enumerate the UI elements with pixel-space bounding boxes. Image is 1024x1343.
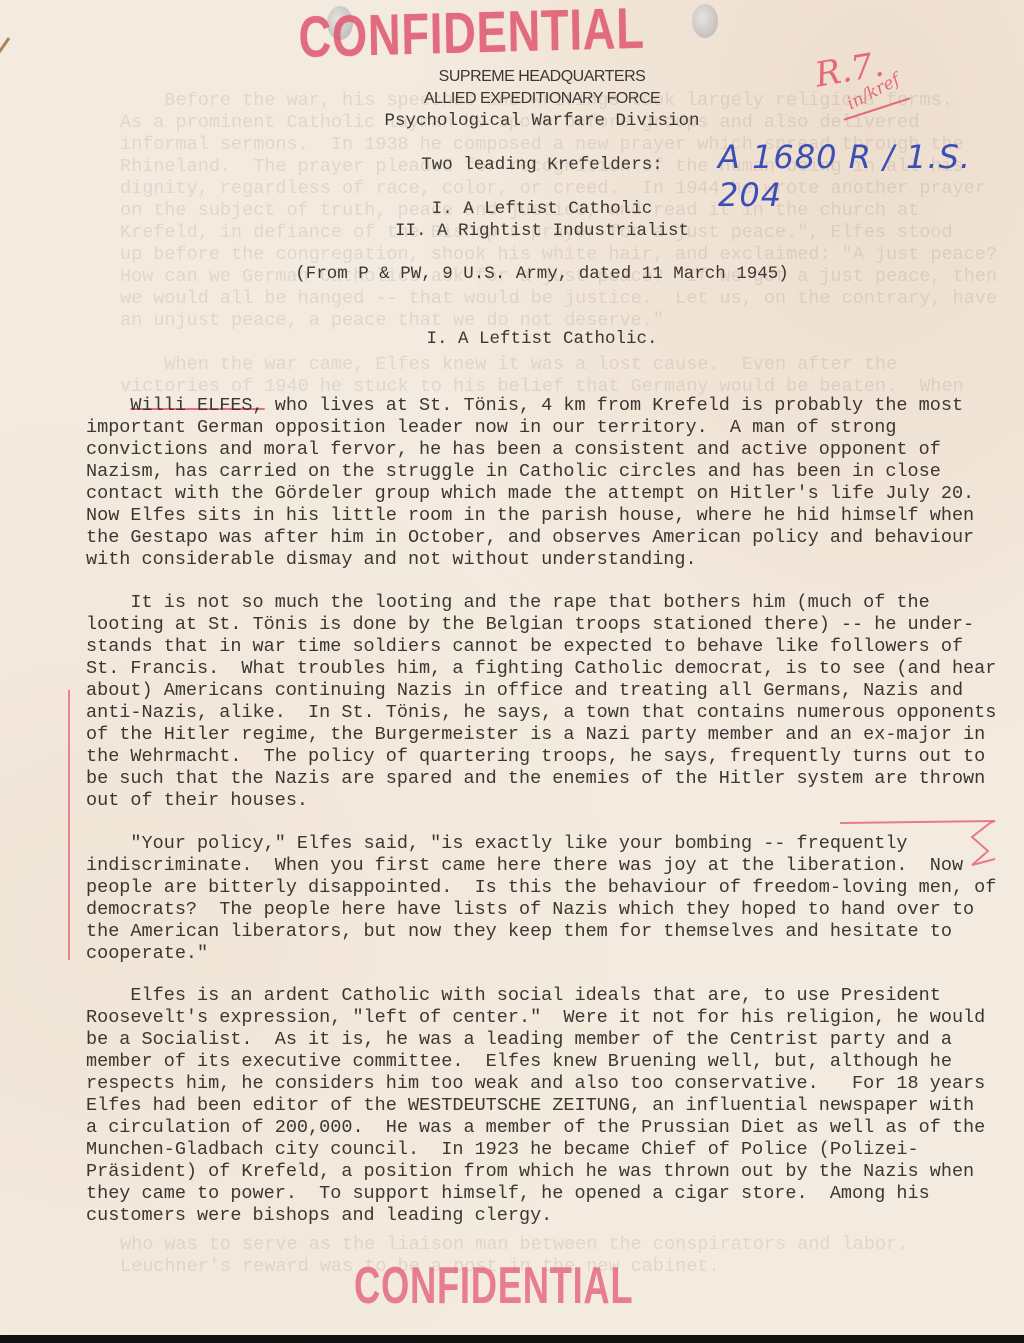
text-line: stands that in war time soldiers cannot … bbox=[86, 636, 986, 658]
section-heading: I. A Leftist Catholic. bbox=[0, 328, 1024, 350]
text-line: "Your policy," Elfes said, "is exactly l… bbox=[86, 833, 986, 855]
text-line: cooperate." bbox=[86, 943, 986, 965]
confidential-stamp-top: CONFIDENTIAL bbox=[298, 0, 645, 71]
text-line: member of its executive committee. Elfes… bbox=[86, 1051, 986, 1073]
text-line: about) Americans continuing Nazis in off… bbox=[86, 680, 986, 702]
toc-item-1: I. A Leftist Catholic bbox=[0, 198, 1024, 220]
text-line: respects him, he considers him too weak … bbox=[86, 1073, 986, 1095]
text-line: out of their houses. bbox=[86, 790, 986, 812]
text-line: they came to power. To support himself, … bbox=[86, 1183, 986, 1205]
paragraph-1: Willi ELFES, who lives at St. Tönis, 4 k… bbox=[86, 395, 986, 571]
text-line: Elfes had been editor of the WESTDEUTSCH… bbox=[86, 1095, 986, 1117]
text-line: Elfes is an ardent Catholic with social … bbox=[86, 985, 986, 1007]
paragraph-2: It is not so much the looting and the ra… bbox=[86, 592, 986, 812]
text-line: St. Francis. What troubles him, a fighti… bbox=[86, 658, 986, 680]
text-line: Roosevelt's expression, "left of center.… bbox=[86, 1007, 986, 1029]
text-line: people are bitterly disappointed. Is thi… bbox=[86, 877, 986, 899]
text-line: democrats? The people here have lists of… bbox=[86, 899, 986, 921]
text-line: Munchen-Gladbach city council. In 1923 h… bbox=[86, 1139, 986, 1161]
text-line: of the Hitler regime, the Burgermeister … bbox=[86, 724, 986, 746]
text-line: anti-Nazis, alike. In St. Tönis, he says… bbox=[86, 702, 986, 724]
division-name: Psychological Warfare Division bbox=[0, 110, 1024, 132]
text-line: the American liberators, but now they ke… bbox=[86, 921, 986, 943]
text-line: indiscriminate. When you first came here… bbox=[86, 855, 986, 877]
text-line: important German opposition leader now i… bbox=[86, 417, 986, 439]
document-title: Two leading Krefelders: bbox=[0, 154, 1024, 176]
text-line: looting at St. Tönis is done by the Belg… bbox=[86, 614, 986, 636]
text-line: the Gestapo was after him in October, an… bbox=[86, 527, 986, 549]
org-line-2: ALLIED EXPEDITIONARY FORCE bbox=[0, 88, 1024, 110]
text-line: Willi ELFES, who lives at St. Tönis, 4 k… bbox=[86, 395, 986, 417]
punch-hole-right bbox=[692, 4, 718, 38]
margin-mark-line bbox=[68, 690, 70, 960]
paragraph-3: "Your policy," Elfes said, "is exactly l… bbox=[86, 833, 986, 965]
text-line: a circulation of 200,000. He was a membe… bbox=[86, 1117, 986, 1139]
org-line-1: SUPREME HEADQUARTERS bbox=[0, 66, 1024, 88]
confidential-stamp-bottom: CONFIDENTIAL bbox=[354, 1256, 633, 1316]
toc-item-2: II. A Rightist Industrialist bbox=[0, 220, 1024, 242]
text-line: It is not so much the looting and the ra… bbox=[86, 592, 986, 614]
text-line: contact with the Gördeler group which ma… bbox=[86, 483, 986, 505]
scan-bottom-edge bbox=[0, 1335, 1024, 1343]
text-line: Präsident) of Krefeld, a position from w… bbox=[86, 1161, 986, 1183]
text-line: convictions and moral fervor, he has bee… bbox=[86, 439, 986, 461]
text-line: with considerable dismay and not without… bbox=[86, 549, 986, 571]
text-line: Now Elfes sits in his little room in the… bbox=[86, 505, 986, 527]
text-line: the Wehrmacht. The policy of quartering … bbox=[86, 746, 986, 768]
text-line: be a Socialist. As it is, he was a leadi… bbox=[86, 1029, 986, 1051]
text-line: be such that the Nazis are spared and th… bbox=[86, 768, 986, 790]
text-line: customers were bishops and leading clerg… bbox=[86, 1205, 986, 1227]
text-line: Nazism, has carried on the struggle in C… bbox=[86, 461, 986, 483]
source-citation: (From P & PW, 9 U.S. Army, dated 11 Marc… bbox=[0, 263, 1024, 285]
paragraph-4: Elfes is an ardent Catholic with social … bbox=[86, 985, 986, 1227]
